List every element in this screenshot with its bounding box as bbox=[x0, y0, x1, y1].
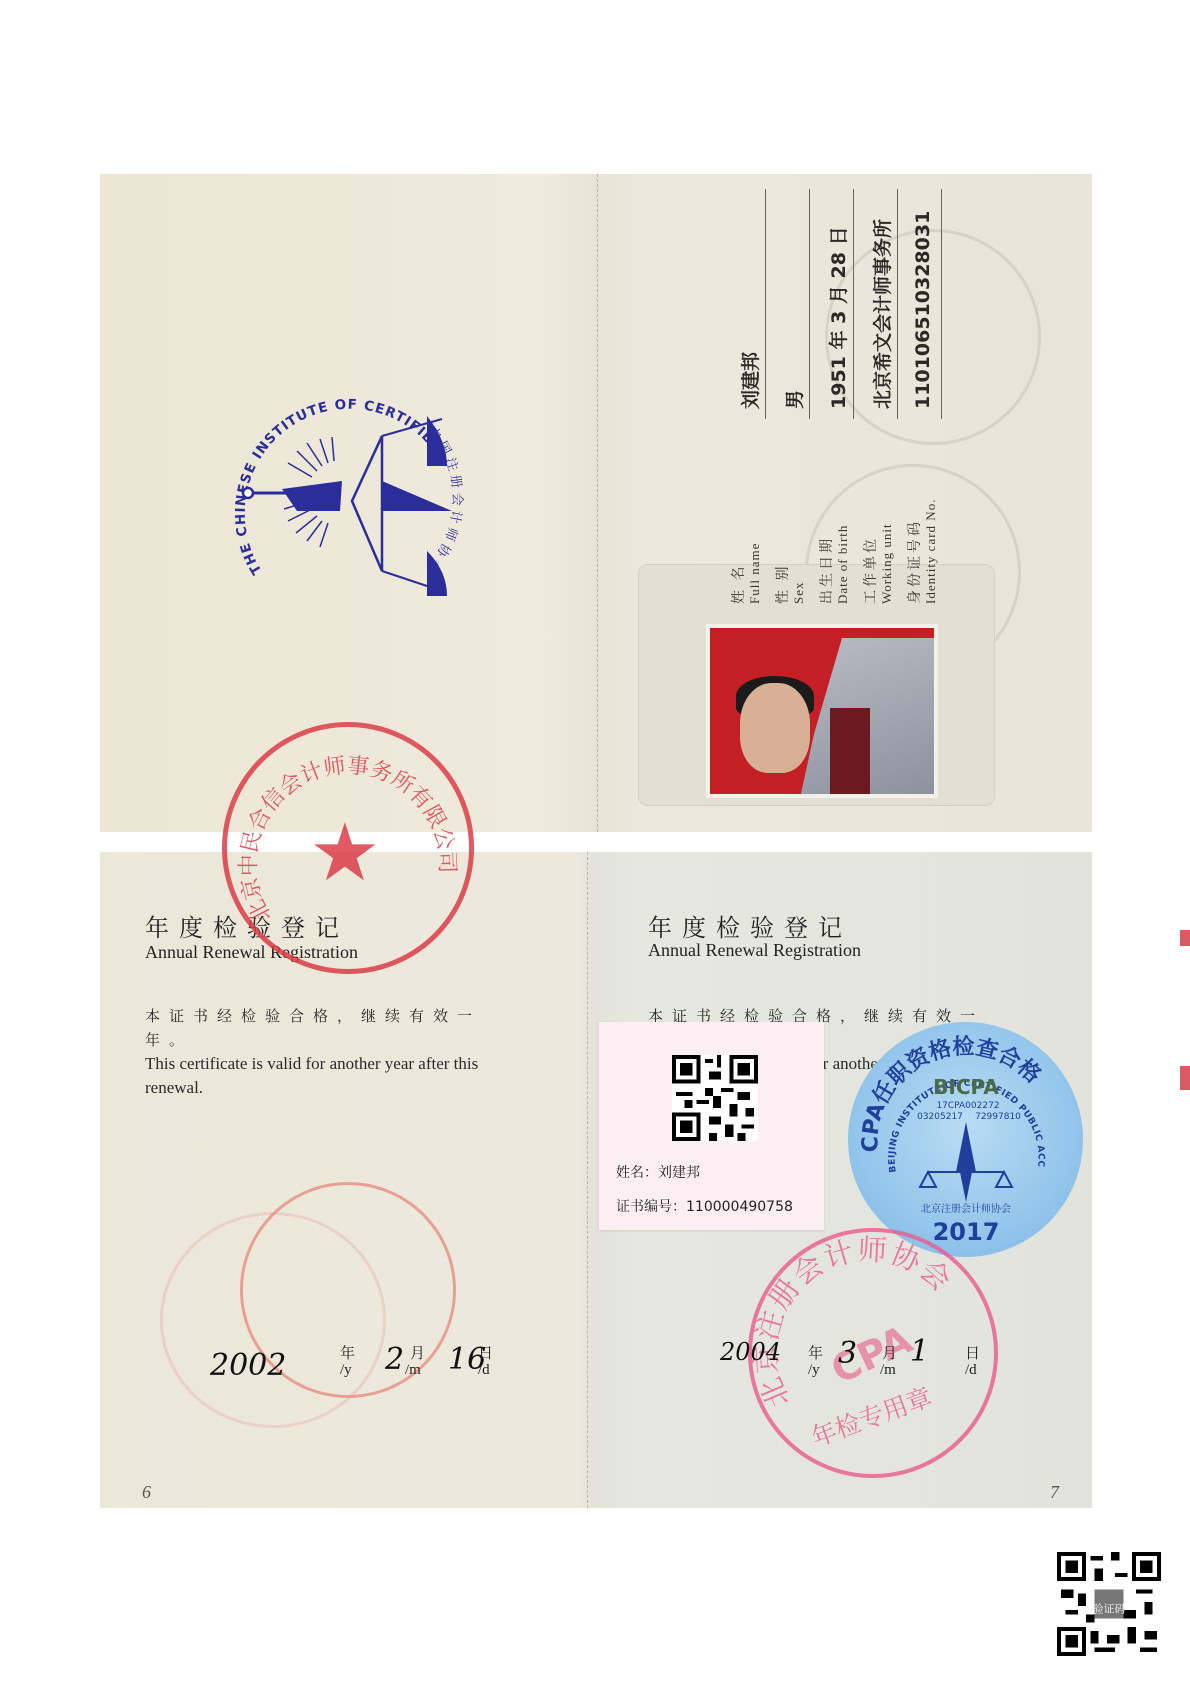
id-fields: 姓 名Full name 刘建邦 性 别Sex 男 出生日期Date of bi… bbox=[730, 184, 1090, 604]
sticker-holder-name: 姓名：刘建邦 bbox=[616, 1162, 700, 1182]
field-label-en: Identity card No. bbox=[923, 424, 938, 604]
renewal-title-cn: 年度检验登记 bbox=[648, 908, 852, 943]
renewal-date-right: 2004 年 /y 3 月 /m 1 日 /d bbox=[720, 1342, 1080, 1392]
handwritten-year: 2004 bbox=[720, 1338, 781, 1366]
renewal-body-cn: 本证书经检验合格，继续有效一年。 bbox=[145, 1004, 525, 1052]
month-label-en: /m bbox=[405, 1362, 421, 1379]
renewal-date-left: 2002 年 /y 2 月 /m 16 日 /d bbox=[200, 1342, 500, 1392]
qr-center-label: 验证码 bbox=[1093, 1601, 1126, 1615]
handwritten-month: 2 bbox=[385, 1342, 404, 1377]
field-value-dob: 1951 年 3 月 28 日 bbox=[824, 189, 854, 419]
year-label: 年 bbox=[340, 1342, 355, 1363]
field-value-sex: 男 bbox=[780, 189, 810, 419]
year-label-en: /y bbox=[340, 1362, 352, 1379]
field-value-work-unit: 北京希文会计师事务所 bbox=[868, 189, 898, 419]
month-label: 月 bbox=[882, 1342, 897, 1363]
id-row-name: 姓 名Full name 刘建邦 bbox=[730, 184, 774, 604]
clipped-stamp-edge bbox=[1180, 930, 1190, 1090]
qr-sticker: 姓名：刘建邦 证书编号：110000490758 bbox=[599, 1022, 824, 1230]
star-icon: ★ bbox=[309, 813, 381, 893]
id-row-id-number: 身份证号码Identity card No. 110106510328031 bbox=[906, 184, 950, 604]
field-label-en: Full name bbox=[747, 424, 762, 604]
logo-arc-en: THE CHINESE INSTITUTE OF CERTIFIED PUBLI… bbox=[222, 371, 445, 577]
handwritten-month: 3 bbox=[838, 1336, 857, 1371]
faded-stamp-icon bbox=[160, 1212, 386, 1428]
field-label-cn: 出生日期 bbox=[820, 424, 835, 604]
book-spine bbox=[587, 852, 591, 1508]
bicpa-inspection-seal: CPA任职资格检查合格 BEIJING INSTITUTE OF CERTIFI… bbox=[848, 1022, 1083, 1257]
field-value-id-number: 110106510328031 bbox=[912, 189, 942, 419]
day-label-en: /d bbox=[478, 1362, 490, 1379]
handwritten-year: 2002 bbox=[210, 1348, 286, 1383]
day-label: 日 bbox=[965, 1342, 980, 1363]
id-row-work-unit: 工作单位Working unit 北京希文会计师事务所 bbox=[862, 184, 906, 604]
field-label-en: Date of birth bbox=[835, 424, 850, 604]
id-row-sex: 性 别Sex 男 bbox=[774, 184, 818, 604]
sticker-cert-number: 证书编号：110000490758 bbox=[616, 1196, 793, 1216]
svg-text:THE CHINESE INSTITUTE OF CERTI: THE CHINESE INSTITUTE OF CERTIFIED PUBLI… bbox=[222, 371, 445, 577]
field-label-en: Sex bbox=[791, 424, 806, 604]
seal-code-1: 17CPA002272 bbox=[936, 1101, 999, 1111]
seal-abbr: BICPA bbox=[933, 1075, 999, 1099]
year-label-en: /y bbox=[808, 1362, 820, 1379]
day-label-en: /d bbox=[965, 1362, 977, 1379]
stamp-bottom-text: 年检专用章 bbox=[808, 1382, 936, 1452]
year-label: 年 bbox=[808, 1342, 823, 1363]
holder-photo bbox=[706, 624, 938, 798]
day-label: 日 bbox=[478, 1342, 493, 1363]
renewal-body: 本证书经检验合格，继续有效一年。 This certificate is val… bbox=[145, 1004, 525, 1100]
month-label-en: /m bbox=[880, 1362, 896, 1379]
renewal-body-en: This certificate is valid for another ye… bbox=[145, 1052, 525, 1100]
verification-qr-code-icon[interactable]: 验证码 bbox=[1057, 1552, 1161, 1656]
field-value-name: 刘建邦 bbox=[736, 189, 766, 419]
seal-code-2: 03205217 bbox=[917, 1112, 963, 1122]
renewal-title-en: Annual Renewal Registration bbox=[648, 940, 861, 961]
id-row-dob: 出生日期Date of birth 1951 年 3 月 28 日 bbox=[818, 184, 862, 604]
bicpa-seal-icon: CPA任职资格检查合格 BEIJING INSTITUTE OF CERTIFI… bbox=[848, 1022, 1083, 1257]
handwritten-day: 1 bbox=[910, 1334, 929, 1369]
field-label-cn: 工作单位 bbox=[864, 424, 879, 604]
seal-org-cn: 北京注册会计师协会 bbox=[921, 1202, 1011, 1215]
book-spine bbox=[597, 174, 601, 832]
field-label-cn: 姓 名 bbox=[732, 424, 747, 604]
qr-code-icon[interactable] bbox=[670, 1055, 760, 1141]
cicpa-logo-icon: THE CHINESE INSTITUTE OF CERTIFIED PUBLI… bbox=[222, 371, 472, 621]
seal-code-3: 72997810 bbox=[975, 1112, 1021, 1122]
page-number: 7 bbox=[1050, 1482, 1059, 1503]
month-label: 月 bbox=[410, 1342, 425, 1363]
field-label-cn: 身份证号码 bbox=[908, 424, 923, 604]
firm-red-stamp: 北京中民合信会计师事务所有限公司 ★ bbox=[222, 722, 474, 974]
page-number: 6 bbox=[142, 1482, 151, 1503]
field-label-cn: 性 别 bbox=[776, 424, 791, 604]
field-label-en: Working unit bbox=[879, 424, 894, 604]
